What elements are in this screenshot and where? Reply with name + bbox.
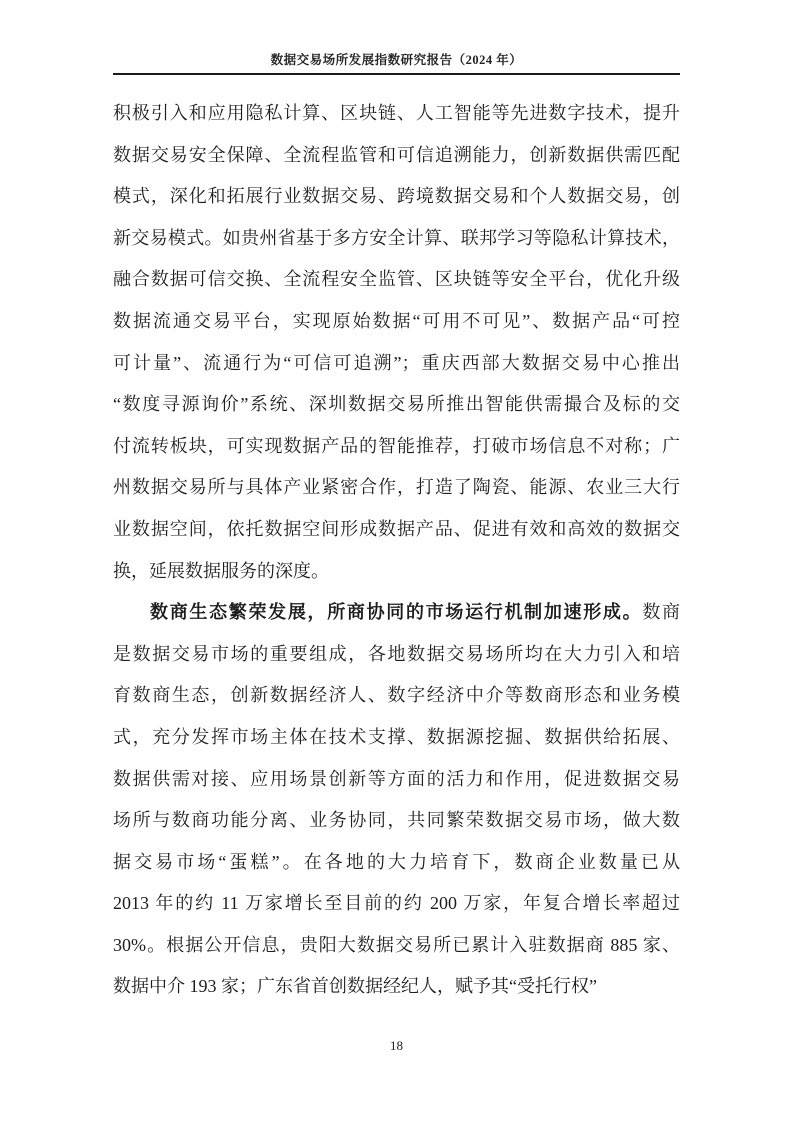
body-line: 育数商生态，创新数据经济人、数字经济中介等数商形态和业务模 xyxy=(113,675,680,717)
body-line: 30%。根据公开信息，贵阳大数据交易所已累计入驻数据商 885 家、 xyxy=(113,925,680,967)
paragraph-lead-rest: 数商 xyxy=(642,602,680,622)
body-line-page-end: 数据中介 193 家；广东省首创数据经纪人，赋予其“受托行权” xyxy=(113,966,680,1008)
body-line: 模式，深化和拓展行业数据交易、跨境数据交易和个人数据交易，创 xyxy=(113,176,680,218)
body-line: 数据流通交易平台，实现原始数据“可用不可见”、数据产品“可控 xyxy=(113,301,680,343)
document-body: 积极引入和应用隐私计算、区块链、人工智能等先进数字技术，提升 数据交易安全保障、… xyxy=(113,93,680,1008)
body-line: 据交易市场“蛋糕”。在各地的大力培育下，数商企业数量已从 xyxy=(113,842,680,884)
body-line: 融合数据可信交换、全流程安全监管、区块链等安全平台，优化升级 xyxy=(113,259,680,301)
paragraph-lead-bold: 数商生态繁荣发展，所商协同的市场运行机制加速形成。 xyxy=(150,602,642,623)
paragraph-lead-line: 数商生态繁荣发展，所商协同的市场运行机制加速形成。数商 xyxy=(113,592,680,634)
body-line: 付流转板块，可实现数据产品的智能推荐，打破市场信息不对称；广 xyxy=(113,426,680,468)
body-line: 是数据交易市场的重要组成，各地数据交易场所均在大力引入和培 xyxy=(113,634,680,676)
page-number: 18 xyxy=(0,1038,793,1054)
body-line: 式，充分发挥市场主体在技术支撑、数据源挖掘、数据供给拓展、 xyxy=(113,717,680,759)
body-line: 数据供需对接、应用场景创新等方面的活力和作用，促进数据交易 xyxy=(113,759,680,801)
page-header-title: 数据交易场所发展指数研究报告（2024 年） xyxy=(0,50,793,68)
body-line-paragraph-end: 换，延展数据服务的深度。 xyxy=(113,551,680,593)
body-line: 数据交易安全保障、全流程监管和可信追溯能力，创新数据供需匹配 xyxy=(113,135,680,177)
body-line: 场所与数商功能分离、业务协同，共同繁荣数据交易市场，做大数 xyxy=(113,800,680,842)
body-line: 业数据空间，依托数据空间形成数据产品、促进有效和高效的数据交 xyxy=(113,509,680,551)
body-line: 可计量”、流通行为“可信可追溯”；重庆西部大数据交易中心推出 xyxy=(113,343,680,385)
document-page: 数据交易场所发展指数研究报告（2024 年） 积极引入和应用隐私计算、区块链、人… xyxy=(0,0,793,1122)
header-rule xyxy=(113,73,680,75)
body-line: 新交易模式。如贵州省基于多方安全计算、联邦学习等隐私计算技术， xyxy=(113,218,680,260)
body-line: 州数据交易所与具体产业紧密合作，打造了陶瓷、能源、农业三大行 xyxy=(113,467,680,509)
body-line: 2013 年的约 11 万家增长至目前的约 200 万家，年复合增长率超过 xyxy=(113,883,680,925)
body-line: 积极引入和应用隐私计算、区块链、人工智能等先进数字技术，提升 xyxy=(113,93,680,135)
body-line: “数度寻源询价”系统、深圳数据交易所推出智能供需撮合及标的交 xyxy=(113,384,680,426)
